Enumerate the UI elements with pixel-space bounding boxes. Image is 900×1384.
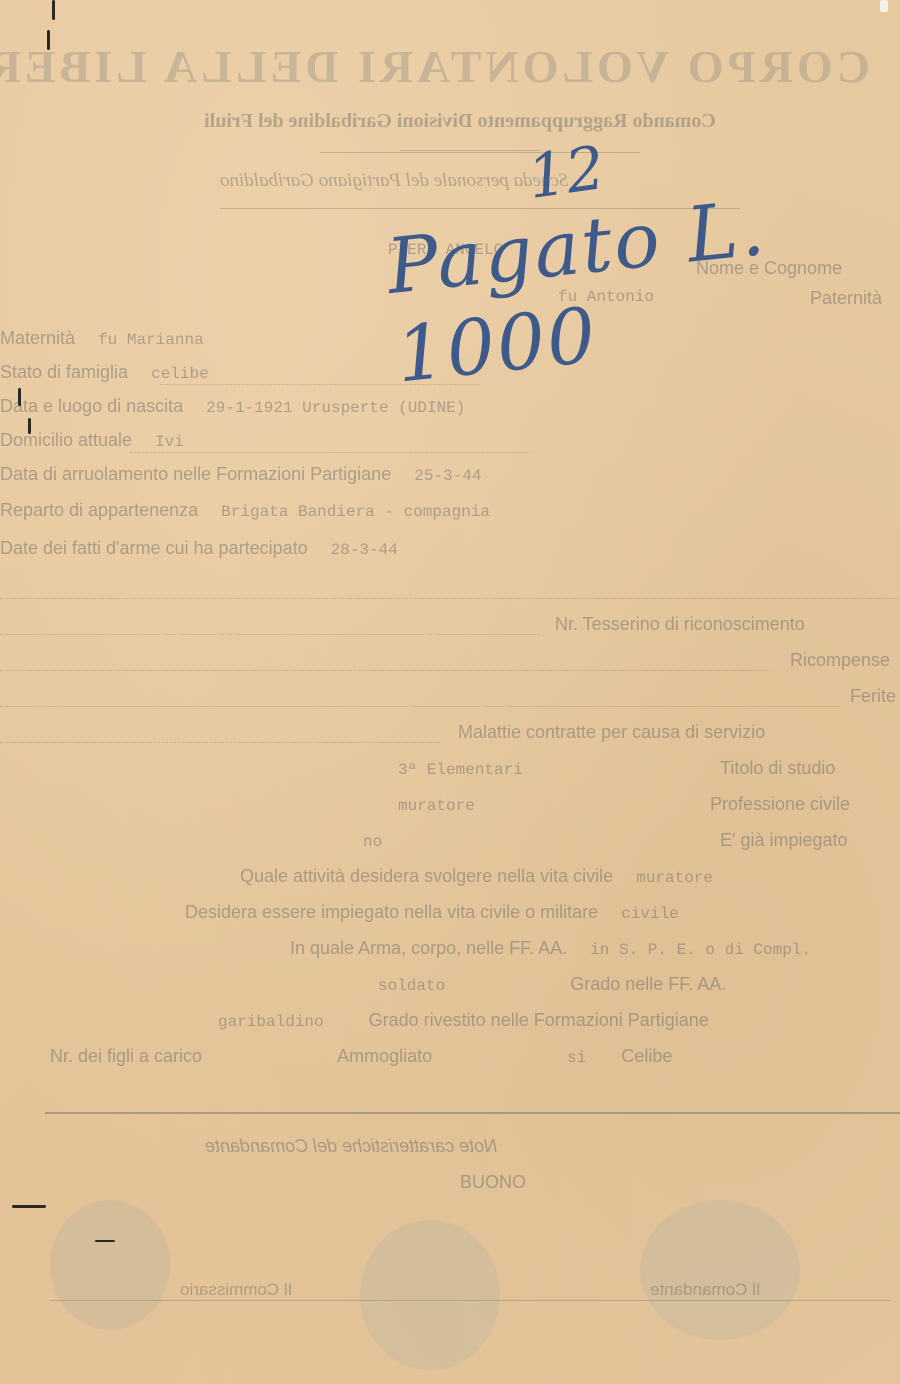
field-value: Ivi (155, 433, 184, 451)
dotted-line (0, 706, 840, 707)
field-impiego-civile-militare: Desidera essere impiegato nella vita civ… (185, 902, 679, 923)
stamp-center (360, 1220, 500, 1370)
signature-right-label: Il Comandante (650, 1280, 761, 1300)
field-reparto: Reparto di appartenenza Brigata Bandiera… (0, 500, 490, 521)
field-professione: Professione civile (710, 794, 850, 815)
field-label: E' già impiegato (720, 830, 848, 850)
document-subtitle: Comando Raggruppamento Divisioni Garibal… (80, 110, 840, 133)
field-value: 29-1-1921 Urusperte (UDINE) (206, 399, 465, 417)
field-malattie: Malattie contratte per causa di servizio (458, 722, 765, 743)
field-label: In quale Arma, corpo, nelle FF. AA. (290, 938, 567, 958)
field-value: 3ª Elementari (398, 761, 523, 779)
field-label: Ferite (850, 686, 896, 706)
field-label: Grado rivestito nelle Formazioni Partigi… (369, 1010, 709, 1030)
dotted-line (130, 452, 530, 453)
field-grado-partigiano: garibaldino Grado rivestito nelle Formaz… (200, 1010, 709, 1031)
field-fatti-arme: Date dei fatti d'arme cui ha partecipato… (0, 538, 398, 559)
field-value: muratore (636, 869, 713, 887)
field-label: Nr. Tesserino di riconoscimento (555, 614, 805, 634)
field-stato-famiglia: Stato di famiglia celibe (0, 362, 209, 383)
field-attivita: Quale attività desidera svolgere nella v… (240, 866, 713, 887)
stamp-right (640, 1200, 800, 1340)
field-nascita: Data e luogo di nascita 29-1-1921 Uruspe… (0, 396, 465, 417)
field-value: 25-3-44 (414, 467, 481, 485)
field-label: Celibe (621, 1046, 672, 1066)
field-label: Data di arruolamento nelle Formazioni Pa… (0, 464, 391, 484)
field-label: Domicilio attuale (0, 430, 132, 450)
field-titolo-studio: Titolo di studio (720, 758, 835, 779)
field-titolo-studio-value: 3ª Elementari (380, 758, 523, 779)
field-value: soldato (378, 977, 445, 995)
field-value: 28-3-44 (331, 541, 398, 559)
dotted-line (0, 634, 540, 635)
field-professione-value: muratore (380, 794, 475, 815)
field-value: in S. P. E. o di Compl. (590, 941, 811, 959)
stamp-left (50, 1200, 170, 1330)
field-label: Professione civile (710, 794, 850, 814)
margin-mark (95, 1240, 115, 1242)
corner-tear (880, 0, 888, 12)
section-title: Scheda personale del Partigiano Garibald… (220, 170, 568, 192)
subtitle-divider (400, 150, 540, 151)
field-value: garibaldino (218, 1013, 324, 1031)
field-label: Ricompense (790, 650, 890, 670)
margin-mark (47, 30, 50, 50)
footer-divider (45, 1112, 900, 1114)
field-label: Stato di famiglia (0, 362, 128, 382)
field-impiegato-value: no (345, 830, 382, 851)
signature-line (50, 1300, 890, 1301)
field-value: si (567, 1049, 586, 1067)
field-maternita: Maternità fu Marianna (0, 328, 204, 349)
field-value: civile (621, 905, 679, 923)
signature-left-label: Il Commissario (180, 1280, 292, 1300)
dotted-line (0, 598, 900, 599)
margin-mark (28, 418, 31, 434)
notes-value: BUONO (460, 1172, 526, 1193)
dotted-line (0, 670, 770, 671)
field-value: fu Marianna (98, 331, 204, 349)
dotted-line (0, 742, 440, 743)
field-tesserino: Nr. Tesserino di riconoscimento (555, 614, 805, 635)
field-label: Date dei fatti d'arme cui ha partecipato (0, 538, 308, 558)
notes-title: Note caratteristiche del Comandante (205, 1136, 497, 1157)
field-arma-corpo: In quale Arma, corpo, nelle FF. AA. in S… (290, 938, 811, 959)
document-title: CORPO VOLONTARI DELLA LIBERTÀ (70, 40, 870, 93)
field-label: Ammogliato (337, 1046, 432, 1066)
field-value: celibe (151, 365, 209, 383)
handwritten-payment-note: Pagato L. 1000 (383, 169, 900, 399)
margin-mark (18, 388, 21, 406)
field-label: Nr. dei figli a carico (50, 1046, 202, 1066)
field-impiegato: E' già impiegato (720, 830, 848, 851)
field-stato-civile: Nr. dei figli a carico Ammogliato si Cel… (50, 1046, 672, 1067)
field-value: muratore (398, 797, 475, 815)
field-arruolamento: Data di arruolamento nelle Formazioni Pa… (0, 464, 481, 485)
field-label: Desidera essere impiegato nella vita civ… (185, 902, 598, 922)
field-label: Maternità (0, 328, 75, 348)
field-label: Grado nelle FF. AA. (570, 974, 726, 994)
margin-mark (52, 0, 55, 20)
margin-mark (12, 1205, 46, 1208)
field-label: Quale attività desidera svolgere nella v… (240, 866, 613, 886)
field-ferite: Ferite (850, 686, 896, 707)
field-ricompense: Ricompense (790, 650, 890, 671)
field-label: Data e luogo di nascita (0, 396, 183, 416)
field-grado-ffaa: soldato Grado nelle FF. AA. (360, 974, 726, 995)
field-label: Reparto di appartenenza (0, 500, 198, 520)
field-label: Malattie contratte per causa di servizio (458, 722, 765, 742)
field-value: no (363, 833, 382, 851)
field-label: Titolo di studio (720, 758, 835, 778)
field-value: Brigata Bandiera - compagnia (221, 503, 490, 521)
